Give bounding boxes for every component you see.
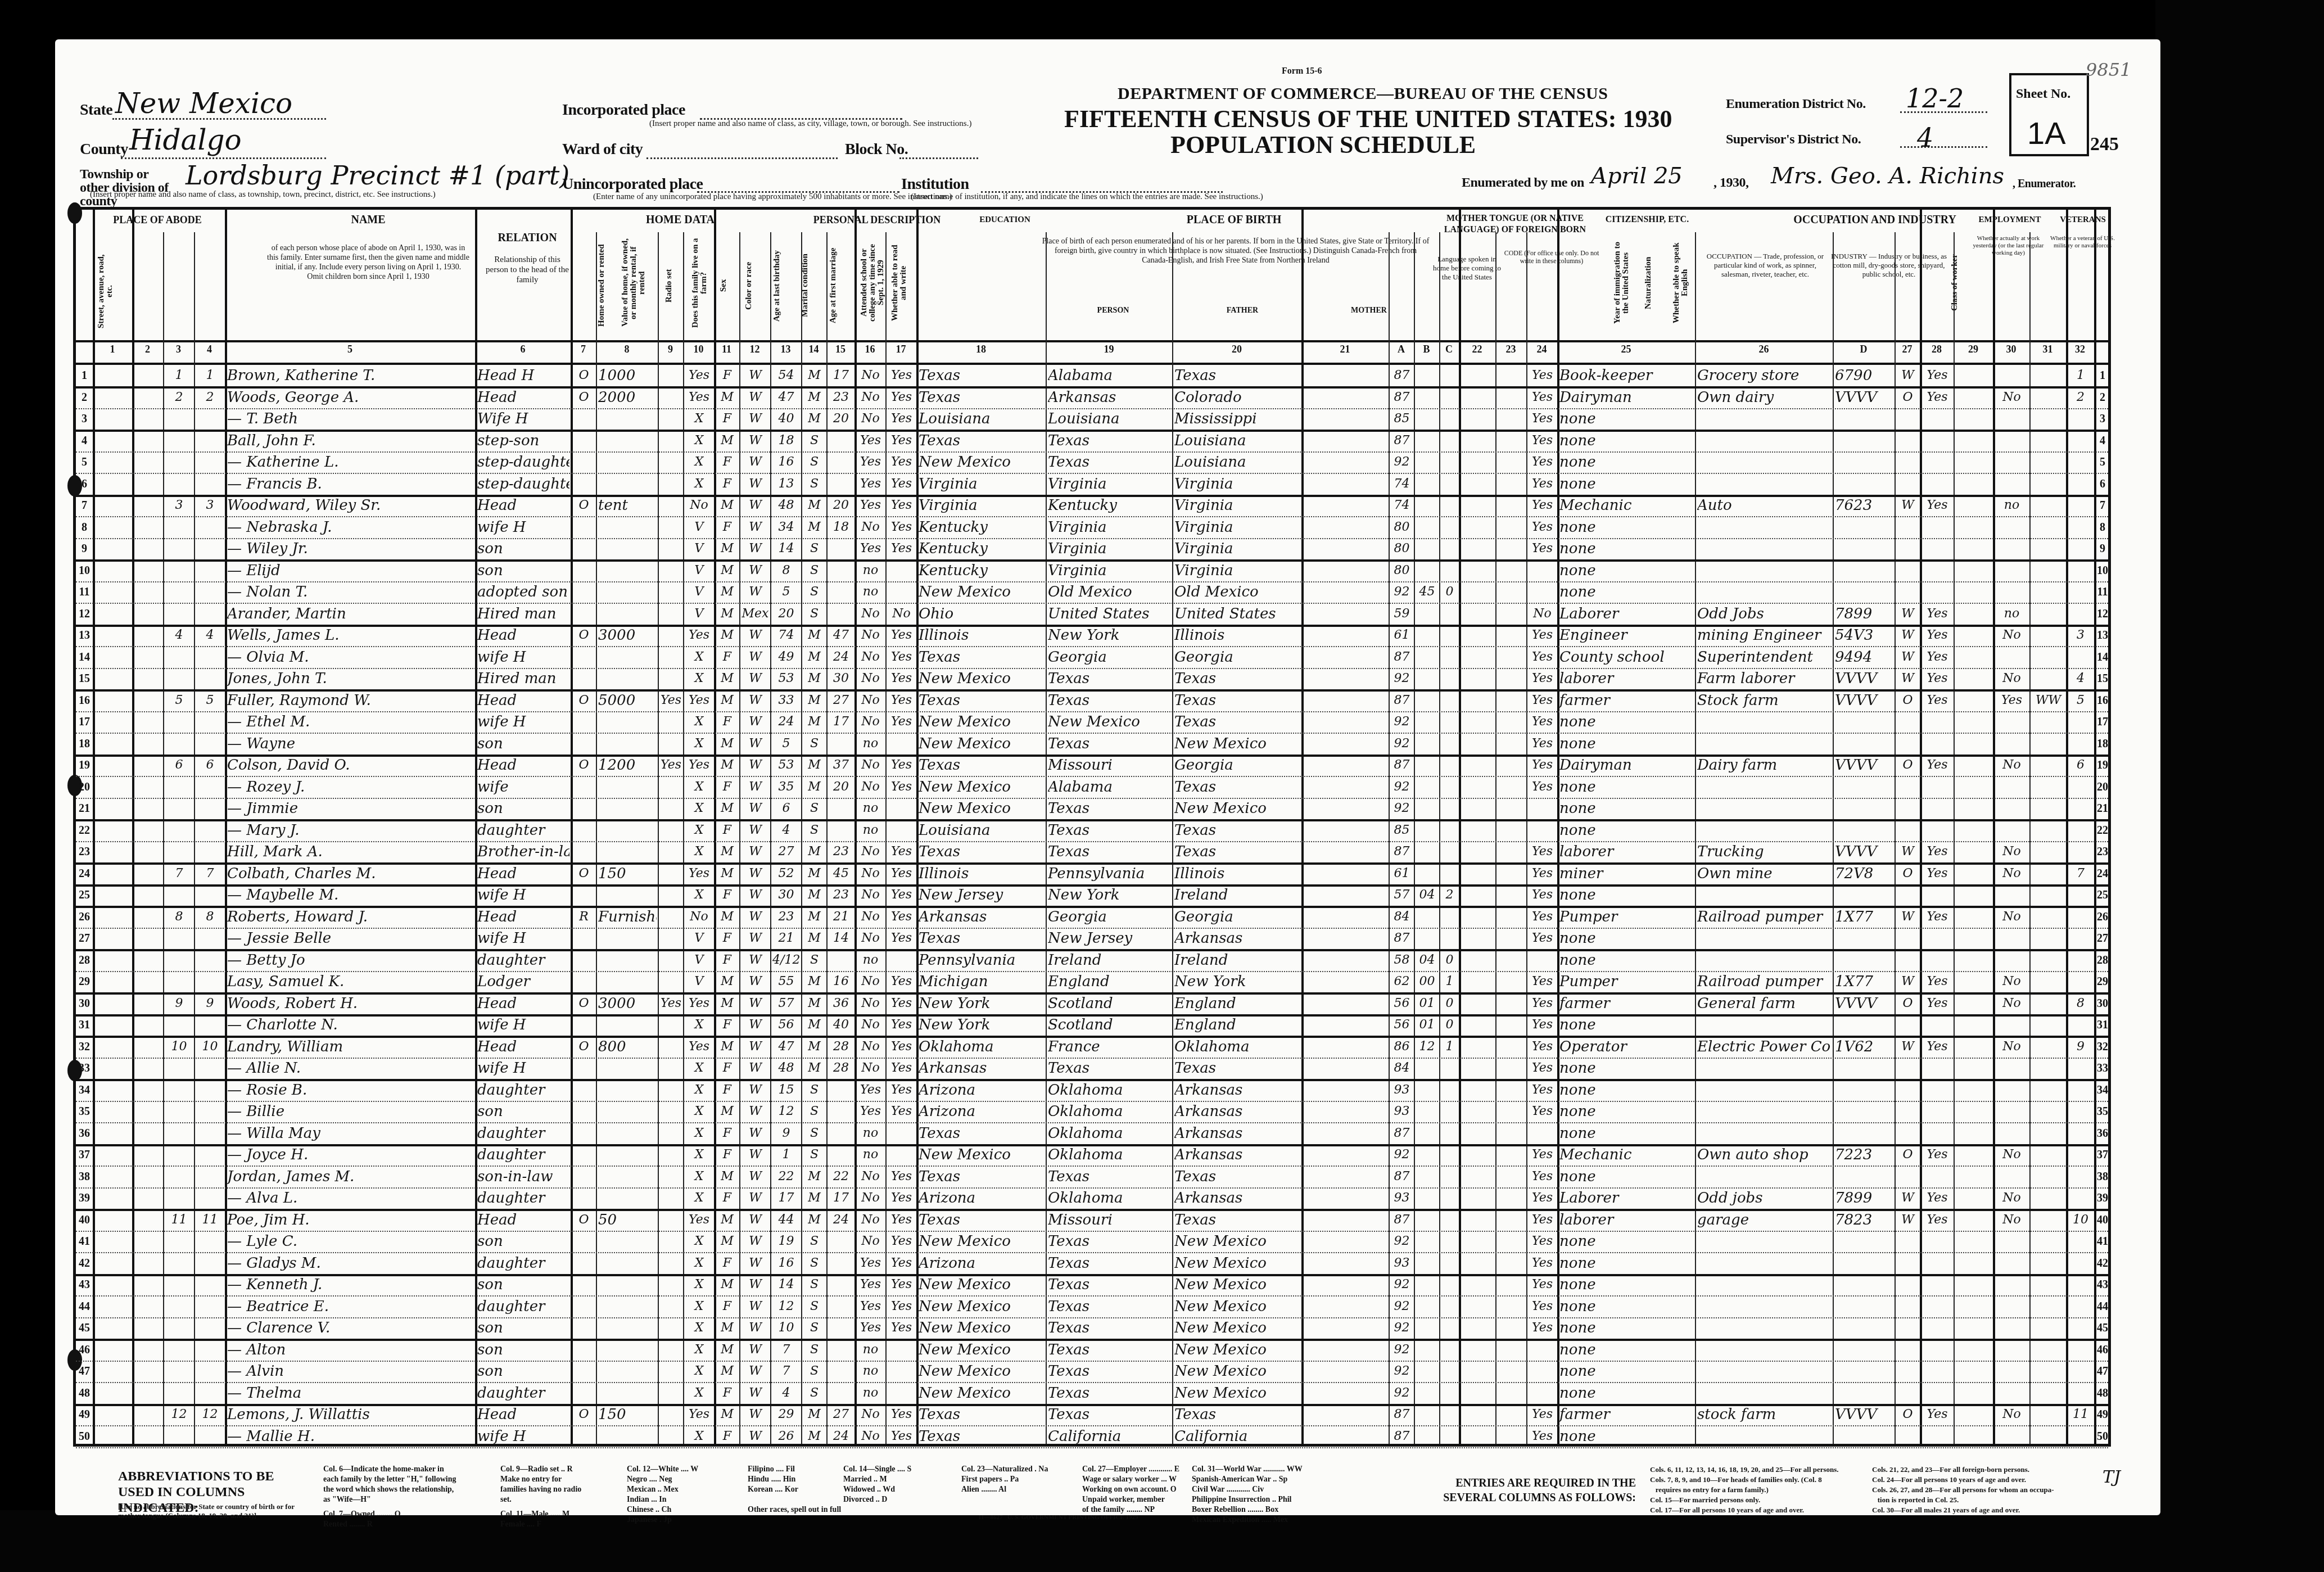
cell-sex: F	[716, 1253, 738, 1274]
cell-codeD	[1835, 820, 1893, 841]
cell-sex: M	[716, 581, 738, 603]
cell-family	[196, 1014, 224, 1036]
cell-mother: New Mexico	[1174, 1361, 1300, 1382]
cell-birth: Texas	[919, 928, 1045, 949]
cell-radio: Yes	[660, 755, 682, 776]
cell-codeC	[1441, 408, 1458, 430]
cell-farm-sched	[2068, 776, 2093, 798]
cell-owned	[573, 1317, 595, 1339]
cell-father: Georgia	[1048, 647, 1171, 668]
column-number: 30	[1993, 344, 2029, 355]
cell-industry	[1697, 451, 1832, 473]
cell-speak: Yes	[1529, 1426, 1556, 1447]
cell-race: W	[741, 451, 769, 473]
cell-radio	[660, 1079, 682, 1101]
cell-mother: Arkansas	[1174, 1101, 1300, 1122]
cell-war	[2032, 1014, 2065, 1036]
line-number: 33	[76, 1058, 93, 1079]
cell-speak: Yes	[1529, 733, 1556, 755]
cell-marital: M	[803, 1058, 825, 1079]
cell-owned	[573, 581, 595, 603]
cell-read: Yes	[888, 1014, 915, 1036]
cell-industry: Farm laborer	[1697, 668, 1832, 689]
cell-speak: Yes	[1529, 1317, 1556, 1339]
cell-school: Yes	[857, 1079, 884, 1101]
cell-codeB	[1416, 1361, 1438, 1382]
line-number: 42	[76, 1253, 93, 1274]
cell-read: Yes	[888, 430, 915, 451]
cell-class	[1897, 473, 1919, 495]
cell-birth: New Jersey	[919, 884, 1045, 906]
line-number: 11	[76, 581, 93, 603]
cell-owned	[573, 1253, 595, 1274]
cell-relation: Wife H	[477, 408, 569, 430]
cell-family	[196, 928, 224, 949]
cell-read: Yes	[888, 538, 915, 559]
cell-class	[1897, 1079, 1919, 1101]
line-number: 35	[2094, 1101, 2111, 1122]
cell-speak: Yes	[1529, 863, 1556, 884]
cell-farm: X	[685, 451, 713, 473]
cell-school: No	[857, 755, 884, 776]
cell-codeD	[1835, 560, 1893, 581]
cell-radio	[660, 1166, 682, 1187]
supervisor-district-value: 4	[1917, 123, 1933, 153]
cell-codeB	[1416, 1058, 1438, 1079]
cell-value: 150	[598, 863, 657, 884]
cell-mother: Texas	[1174, 1166, 1300, 1187]
cell-radio: Yes	[660, 690, 682, 711]
cell-speak: No	[1529, 603, 1556, 625]
cell-family	[196, 517, 224, 538]
cell-radio	[660, 517, 682, 538]
line-number: 46	[76, 1339, 93, 1361]
cell-class	[1897, 1058, 1919, 1079]
cell-value	[598, 603, 657, 625]
header-street: Street, avenue, road, etc.	[97, 249, 114, 333]
cell-name: Fuller, Raymond W.	[227, 690, 474, 711]
header-occupation: OCCUPATION — Trade, profession, or parti…	[1703, 252, 1827, 279]
table-row: 2323Hill, Mark A.Brother-in-lawXMW27M23N…	[76, 841, 2108, 865]
cell-age-marriage: 22	[829, 1166, 853, 1187]
cell-occupation: Laborer	[1559, 603, 1694, 625]
cell-occupation: none	[1559, 1058, 1694, 1079]
cell-radio	[660, 668, 682, 689]
cell-marital: M	[803, 884, 825, 906]
cell-work	[1922, 776, 1952, 798]
cell-farm: X	[685, 798, 713, 819]
cell-farm-sched	[2068, 1101, 2093, 1122]
cell-occupation: Engineer	[1559, 625, 1694, 646]
cell-dwelling: 2	[165, 387, 193, 408]
cell-dwelling	[165, 1123, 193, 1144]
cell-race: W	[741, 841, 769, 862]
cell-father: Virginia	[1048, 473, 1171, 495]
cell-codeD	[1835, 1058, 1893, 1079]
cell-codeA: 92	[1391, 668, 1413, 689]
cell-codeB	[1416, 517, 1438, 538]
line-number: 28	[76, 950, 93, 971]
cell-age-marriage	[829, 798, 853, 819]
cell-birth: New Mexico	[919, 733, 1045, 755]
cell-marital: S	[803, 1361, 825, 1382]
header-school: Attended school or college any time sinc…	[860, 238, 885, 328]
cell-dwelling	[165, 517, 193, 538]
cell-work	[1922, 430, 1952, 451]
cell-vet	[1995, 1383, 2028, 1404]
table-row: 1111— Nolan T.adopted sonVMW5SnoNew Mexi…	[76, 581, 2108, 604]
line-number: 29	[2094, 971, 2111, 992]
population-schedule-table: PLACE OF ABODE NAME RELATION HOME DATA P…	[73, 207, 2111, 1447]
cell-school: No	[857, 1426, 884, 1447]
cell-family	[196, 1058, 224, 1079]
cell-father: Texas	[1048, 841, 1171, 862]
cell-read: Yes	[888, 971, 915, 992]
cell-occupation: Pumper	[1559, 906, 1694, 928]
cell-class	[1897, 1231, 1919, 1252]
cell-name: — Katherine L.	[227, 451, 474, 473]
cell-codeB	[1416, 408, 1438, 430]
cell-codeC	[1441, 1296, 1458, 1317]
cell-marital: M	[803, 408, 825, 430]
cell-race: W	[741, 1361, 769, 1382]
cell-value: Furnished	[598, 906, 657, 928]
cell-occupation: farmer	[1559, 690, 1694, 711]
cell-school: Yes	[857, 451, 884, 473]
cell-industry: Odd jobs	[1697, 1187, 1832, 1209]
cell-occupation: none	[1559, 430, 1694, 451]
cell-farm: Yes	[685, 387, 713, 408]
cell-codeB	[1416, 711, 1438, 733]
cell-age: 53	[772, 668, 800, 689]
cell-industry	[1697, 1253, 1832, 1274]
cell-class	[1897, 451, 1919, 473]
cell-marital: M	[803, 1404, 825, 1425]
cell-family: 8	[196, 906, 224, 928]
cell-birth: Louisiana	[919, 408, 1045, 430]
cell-codeD	[1835, 1296, 1893, 1317]
cell-codeB	[1416, 603, 1438, 625]
cell-class: W	[1897, 365, 1919, 386]
cell-war	[2032, 1274, 2065, 1295]
cell-name: — Ethel M.	[227, 711, 474, 733]
cell-speak: Yes	[1529, 1144, 1556, 1166]
cell-marital: M	[803, 755, 825, 776]
cell-birth: Texas	[919, 1123, 1045, 1144]
cell-radio	[660, 625, 682, 646]
cell-school: No	[857, 1166, 884, 1187]
cell-war	[2032, 1296, 2065, 1317]
corner-note: 9851	[2086, 59, 2131, 80]
cell-family	[196, 776, 224, 798]
cell-vet	[1995, 1317, 2028, 1339]
county-label: County	[80, 141, 128, 159]
cell-birth: New Mexico	[919, 1361, 1045, 1382]
cell-speak: Yes	[1529, 517, 1556, 538]
cell-dwelling: 6	[165, 755, 193, 776]
cell-school: No	[857, 690, 884, 711]
column-number: 29	[1954, 344, 1993, 355]
cell-value	[598, 884, 657, 906]
cell-codeC	[1441, 430, 1458, 451]
group-employment: EMPLOYMENT	[1970, 214, 2049, 225]
cell-codeD	[1835, 798, 1893, 819]
cell-codeA: 93	[1391, 1101, 1413, 1122]
cell-age-marriage	[829, 1317, 853, 1339]
cell-mother: New Mexico	[1174, 1339, 1300, 1361]
line-number: 18	[2094, 733, 2111, 755]
cell-radio	[660, 1014, 682, 1036]
cell-radio	[660, 971, 682, 992]
header-immigration: Year of immigration to the United States	[1613, 238, 1630, 328]
cell-vet	[1995, 711, 2028, 733]
unincorporated-note: (Enter name of any unincorporated place …	[593, 192, 952, 202]
cell-race: W	[741, 1187, 769, 1209]
cell-occupation: none	[1559, 733, 1694, 755]
line-number: 32	[2094, 1036, 2111, 1058]
cell-codeC	[1441, 841, 1458, 862]
cell-farm: V	[685, 538, 713, 559]
table-row: 3333— Allie N.wife HXFW48M28NoYesArkansa…	[76, 1058, 2108, 1081]
line-number: 24	[76, 863, 93, 884]
cell-relation: Brother-in-law	[477, 841, 569, 862]
cell-codeB: 01	[1416, 993, 1438, 1014]
cell-name: Woodward, Wiley Sr.	[227, 495, 474, 516]
cell-vet: No	[1995, 755, 2028, 776]
cell-name: — Charlotte N.	[227, 1014, 474, 1036]
cell-father: Texas	[1048, 668, 1171, 689]
cell-age: 34	[772, 517, 800, 538]
table-row: 161655Fuller, Raymond W.HeadO5000YesYesM…	[76, 690, 2108, 712]
line-number: 43	[76, 1274, 93, 1295]
table-row: 3838Jordan, James M.son-in-lawXMW22M22No…	[76, 1166, 2108, 1189]
cell-value	[598, 971, 657, 992]
cell-owned	[573, 1231, 595, 1252]
cell-age-marriage	[829, 1101, 853, 1122]
cell-race: W	[741, 408, 769, 430]
cell-occupation: Dairyman	[1559, 387, 1694, 408]
header-marital: Marital condition	[801, 243, 810, 328]
cell-dwelling	[165, 560, 193, 581]
line-number: 47	[76, 1361, 93, 1382]
cell-relation: Hired man	[477, 668, 569, 689]
cell-sex: F	[716, 365, 738, 386]
cell-radio	[660, 950, 682, 971]
cell-farm-sched	[2068, 1426, 2093, 1447]
cell-codeD	[1835, 1079, 1893, 1101]
enumerator-label: , Enumerator.	[2013, 178, 2076, 191]
cell-sex: M	[716, 495, 738, 516]
cell-marital: M	[803, 776, 825, 798]
cell-dwelling: 10	[165, 1036, 193, 1058]
cell-codeC	[1441, 473, 1458, 495]
cell-industry	[1697, 884, 1832, 906]
cell-birth: New Mexico	[919, 1383, 1045, 1404]
cell-codeA: 87	[1391, 387, 1413, 408]
cell-dwelling	[165, 430, 193, 451]
cell-class	[1897, 581, 1919, 603]
cell-owned	[573, 430, 595, 451]
cell-codeB	[1416, 473, 1438, 495]
cell-age: 49	[772, 647, 800, 668]
cell-codeA: 87	[1391, 1166, 1413, 1187]
cell-race: W	[741, 1166, 769, 1187]
cell-race: W	[741, 1144, 769, 1166]
header-age-marriage: Age at first marriage	[829, 243, 838, 328]
cell-race: W	[741, 1404, 769, 1425]
cell-name: Arander, Martin	[227, 603, 474, 625]
cell-vet	[1995, 1101, 2028, 1122]
line-number: 35	[76, 1101, 93, 1122]
cell-industry	[1697, 1123, 1832, 1144]
cell-owned	[573, 517, 595, 538]
cell-dwelling	[165, 1231, 193, 1252]
cell-codeD	[1835, 1014, 1893, 1036]
column-number: 24	[1526, 344, 1557, 355]
cell-sex: M	[716, 625, 738, 646]
cell-codeD	[1835, 1231, 1893, 1252]
cell-codeD	[1835, 950, 1893, 971]
cell-owned	[573, 776, 595, 798]
line-number: 25	[76, 884, 93, 906]
table-row: 2222— Mary J.daughterXFW4SnoLouisianaTex…	[76, 820, 2108, 842]
cell-war	[2032, 647, 2065, 668]
cell-read: Yes	[888, 365, 915, 386]
cell-age: 57	[772, 993, 800, 1014]
cell-relation: step-daughter	[477, 451, 569, 473]
line-number: 8	[76, 517, 93, 538]
unincorporated-label: Unincorporated place	[562, 175, 703, 193]
cell-value	[598, 1274, 657, 1295]
cell-birth: Kentucky	[919, 560, 1045, 581]
cell-farm: V	[685, 560, 713, 581]
column-number: 31	[2029, 344, 2066, 355]
cell-radio	[660, 1317, 682, 1339]
cell-value	[598, 798, 657, 819]
cell-speak	[1529, 1361, 1556, 1382]
cell-industry	[1697, 1231, 1832, 1252]
header-code: CODE (For office use only. Do not write …	[1504, 249, 1599, 265]
column-number: 11	[714, 344, 739, 355]
stamp-number: 245	[2090, 134, 2119, 155]
cell-codeC	[1441, 387, 1458, 408]
cell-class	[1897, 1014, 1919, 1036]
cell-sex: M	[716, 1339, 738, 1361]
header-home-value: Value of home, if owned, or monthly rent…	[621, 238, 646, 328]
cell-relation: daughter	[477, 1079, 569, 1101]
cell-speak: Yes	[1529, 1187, 1556, 1209]
cell-age-marriage	[829, 1296, 853, 1317]
cell-codeD: 1X77	[1835, 971, 1893, 992]
cell-work: Yes	[1922, 668, 1952, 689]
cell-marital: S	[803, 560, 825, 581]
cell-codeD: VVVV	[1835, 755, 1893, 776]
cell-mother: New York	[1174, 971, 1300, 992]
cell-dwelling	[165, 1339, 193, 1361]
cell-sex: M	[716, 668, 738, 689]
cell-dwelling	[165, 1426, 193, 1447]
cell-relation: wife H	[477, 1058, 569, 1079]
cell-war	[2032, 668, 2065, 689]
line-number: 19	[2094, 755, 2111, 776]
cell-farm: X	[685, 1144, 713, 1166]
cell-race: W	[741, 820, 769, 841]
cell-read: Yes	[888, 1036, 915, 1058]
cell-dwelling	[165, 668, 193, 689]
cell-read: Yes	[888, 517, 915, 538]
cell-codeD: VVVV	[1835, 387, 1893, 408]
cell-speak: Yes	[1529, 1404, 1556, 1425]
cell-age: 35	[772, 776, 800, 798]
cell-sex: F	[716, 1426, 738, 1447]
cell-vet: No	[1995, 1144, 2028, 1166]
cell-class	[1897, 733, 1919, 755]
institution-note: (Insert name of institution, if any, and…	[911, 192, 1263, 202]
cell-codeB	[1416, 538, 1438, 559]
cell-occupation: none	[1559, 711, 1694, 733]
line-number: 4	[2094, 430, 2111, 451]
column-number: 16	[854, 344, 885, 355]
cell-class: W	[1897, 1036, 1919, 1058]
cell-family	[196, 581, 224, 603]
cell-marital: S	[803, 733, 825, 755]
cell-farm-sched	[2068, 603, 2093, 625]
cell-work	[1922, 1253, 1952, 1274]
cell-relation: daughter	[477, 950, 569, 971]
cell-read: Yes	[888, 993, 915, 1014]
cell-age-marriage: 23	[829, 387, 853, 408]
cell-class	[1897, 1101, 1919, 1122]
header-naturalization: Naturalization	[1644, 238, 1653, 328]
cell-speak: Yes	[1529, 668, 1556, 689]
cell-family	[196, 1231, 224, 1252]
cell-codeA: 93	[1391, 1079, 1413, 1101]
cell-speak	[1529, 950, 1556, 971]
cell-codeC	[1441, 711, 1458, 733]
cell-class	[1897, 1317, 1919, 1339]
group-personal-description: PERSONAL DESCRIPTION	[784, 214, 970, 225]
cell-school: no	[857, 1383, 884, 1404]
cell-read: Yes	[888, 625, 915, 646]
cell-read: Yes	[888, 906, 915, 928]
cell-school: no	[857, 820, 884, 841]
cell-codeD: 9494	[1835, 647, 1893, 668]
cell-school: Yes	[857, 1101, 884, 1122]
cell-birth: New York	[919, 1014, 1045, 1036]
table-row: 191966Colson, David O.HeadO1200YesYesMW5…	[76, 755, 2108, 777]
cell-codeB	[1416, 798, 1438, 819]
cell-age: 5	[772, 733, 800, 755]
cell-mother: New Mexico	[1174, 1317, 1300, 1339]
cell-speak: Yes	[1529, 538, 1556, 559]
cell-codeA: 92	[1391, 1339, 1413, 1361]
cell-name: — Jimmie	[227, 798, 474, 819]
cell-codeD	[1835, 538, 1893, 559]
cell-mother: Texas	[1174, 820, 1300, 841]
cell-age-marriage	[829, 581, 853, 603]
cell-codeB	[1416, 1123, 1438, 1144]
cell-race: W	[741, 1036, 769, 1058]
cell-class: W	[1897, 971, 1919, 992]
cell-name: Colson, David O.	[227, 755, 474, 776]
cell-mother: Arkansas	[1174, 1187, 1300, 1209]
cell-codeC	[1441, 1383, 1458, 1404]
cell-codeC	[1441, 1361, 1458, 1382]
cell-work	[1922, 1101, 1952, 1122]
cell-owned	[573, 1079, 595, 1101]
cell-sex: F	[716, 517, 738, 538]
cell-race: W	[741, 365, 769, 386]
